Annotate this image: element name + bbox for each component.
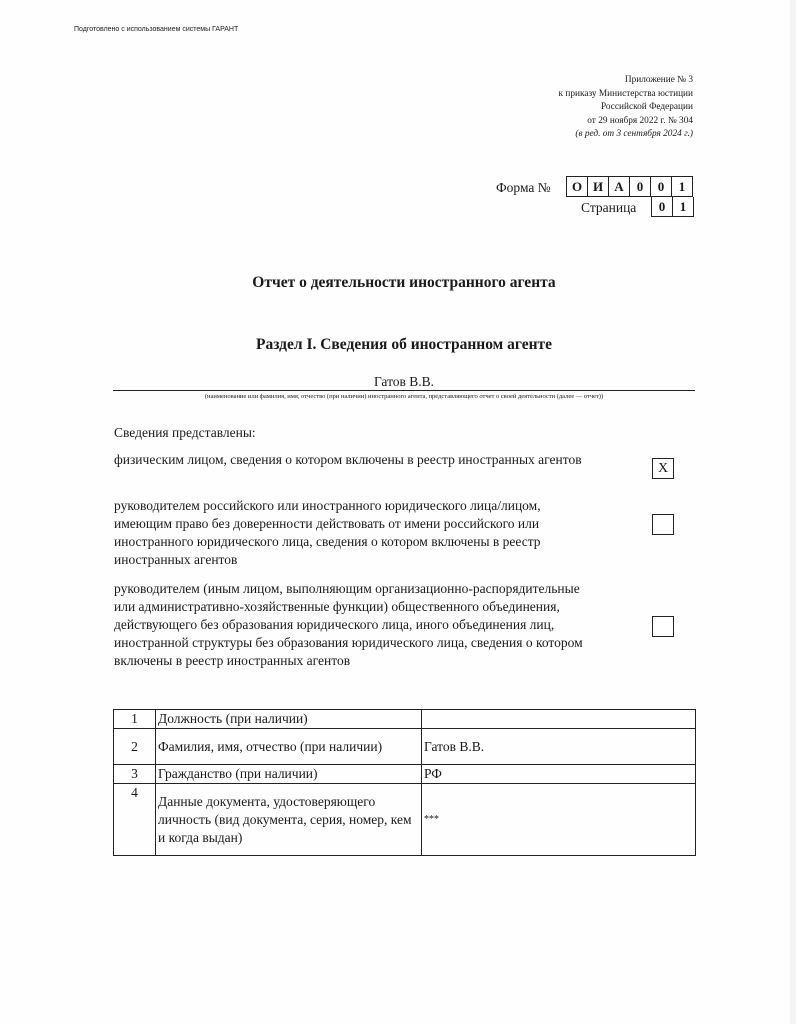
option-text: руководителем (иным лицом, выполняющим о… — [114, 580, 594, 670]
row-value[interactable]: Гатов В.В. — [422, 729, 696, 765]
table-row: 4 Данные документа, удостоверяющего личн… — [114, 784, 696, 856]
table-row: 1 Должность (при наличии) — [114, 710, 696, 729]
form-code-cell: О — [567, 176, 588, 197]
form-code-cell: 0 — [630, 176, 651, 197]
form-code-cell: 0 — [651, 176, 672, 197]
appendix-block: Приложение № 3 к приказу Министерства юс… — [433, 74, 693, 142]
option-text: физическим лицом, сведения о котором вкл… — [114, 451, 594, 469]
appendix-line: к приказу Министерства юстиции — [433, 88, 693, 102]
agent-name-block: Гатов В.В. (наименование или фамилия, им… — [113, 374, 695, 400]
garant-note: Подготовлено с использованием системы ГА… — [74, 26, 238, 33]
agent-info-table: 1 Должность (при наличии) 2 Фамилия, имя… — [113, 709, 696, 856]
document-title: Отчет о деятельности иностранного агента — [0, 274, 796, 292]
agent-name-field[interactable]: Гатов В.В. — [113, 374, 695, 391]
row-label: Фамилия, имя, отчество (при наличии) — [156, 729, 422, 765]
page-label: Страница — [581, 200, 636, 216]
appendix-line: от 29 ноября 2022 г. № 304 — [433, 115, 693, 129]
row-number: 3 — [114, 765, 156, 784]
row-number: 1 — [114, 710, 156, 729]
section-title: Раздел I. Сведения об иностранном агенте — [0, 336, 796, 354]
form-code-cells: О И А 0 0 1 — [566, 176, 693, 197]
page-number-cells: 0 1 — [651, 197, 694, 217]
row-value[interactable]: РФ — [422, 765, 696, 784]
form-code-cell: И — [588, 176, 609, 197]
appendix-line: Российской Федерации — [433, 101, 693, 115]
row-label: Должность (при наличии) — [156, 710, 422, 729]
option-checkbox[interactable] — [652, 514, 674, 535]
table-row: 2 Фамилия, имя, отчество (при наличии) Г… — [114, 729, 696, 765]
intro-text: Сведения представлены: — [114, 425, 256, 441]
page-number-cell: 0 — [652, 197, 673, 217]
option-checkbox[interactable]: X — [652, 458, 674, 479]
page-number-cell: 1 — [673, 197, 694, 217]
row-label: Данные документа, удостоверяющего личнос… — [156, 784, 422, 856]
form-number-label: Форма № — [496, 180, 551, 196]
row-value[interactable] — [422, 710, 696, 729]
option-checkbox[interactable] — [652, 616, 674, 637]
row-value[interactable]: *** — [422, 784, 696, 856]
row-label: Гражданство (при наличии) — [156, 765, 422, 784]
appendix-revision: (в ред. от 3 сентября 2024 г.) — [433, 128, 693, 142]
row-number: 2 — [114, 729, 156, 765]
agent-name-caption: (наименование или фамилия, имя, отчество… — [113, 393, 695, 400]
option-text: руководителем российского или иностранно… — [114, 497, 594, 569]
row-number: 4 — [114, 784, 156, 856]
appendix-line: Приложение № 3 — [433, 74, 693, 88]
form-code-cell: А — [609, 176, 630, 197]
form-code-cell: 1 — [672, 176, 693, 197]
table-row: 3 Гражданство (при наличии) РФ — [114, 765, 696, 784]
page-edge — [790, 0, 796, 1024]
